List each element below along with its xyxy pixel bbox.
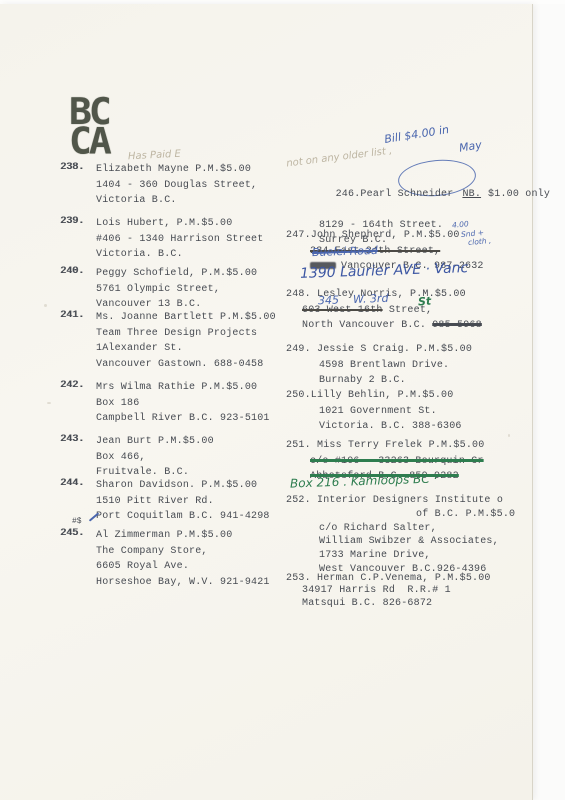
entry-line: 6605 Royal Ave. bbox=[96, 559, 270, 575]
entry-line: Al Zimmerman P.M.$5.00 bbox=[96, 528, 270, 544]
ink-note-norris-floor: St bbox=[418, 295, 432, 309]
entry-head: 250.Lilly Behlin, P.M.$5.00 bbox=[286, 388, 462, 404]
member-entry-238: 238. Elizabeth Mayne P.M.$5.00 1404 - 36… bbox=[60, 162, 257, 209]
ink-note-shepherd-1: 4.00 bbox=[452, 219, 469, 229]
entry-number: 240. bbox=[60, 266, 84, 277]
entry-number: 244. bbox=[60, 478, 84, 489]
entry-head: 253. Herman C.P.Venema, P.M.$5.00 bbox=[286, 573, 491, 585]
entry-line: Matsqui B.C. 826-6872 bbox=[302, 598, 491, 610]
entry-line: 1404 - 360 Douglas Street, bbox=[96, 178, 257, 194]
entry-number: 238. bbox=[60, 162, 84, 173]
pencil-note-has-paid: Has Paid E bbox=[128, 149, 181, 163]
entry-line: Victoria. B.C. 388-6306 bbox=[319, 419, 462, 435]
struck-phone: 985-5968 bbox=[432, 320, 482, 331]
entry-line: Campbell River B.C. 923-5101 bbox=[96, 411, 270, 427]
entry-line: The Company Store, bbox=[96, 544, 270, 560]
entry-line: Team Three Design Projects bbox=[96, 326, 276, 342]
overtype-mark: #$ bbox=[72, 517, 82, 526]
entry-head: 251. Miss Terry Frelek P.M.$5.00 bbox=[286, 438, 484, 454]
entry-number: 239. bbox=[60, 216, 84, 227]
entry-line: Ms. Joanne Bartlett P.M.$5.00 bbox=[96, 310, 276, 326]
entry-line: 4598 Brentlawn Drive. bbox=[319, 358, 472, 374]
entry-line: Jean Burt P.M.$5.00 bbox=[96, 434, 214, 450]
scan-fleck bbox=[47, 402, 51, 404]
struck-address: c/o #106 - 33263 Bourquin Cr bbox=[310, 454, 484, 470]
entry-line: Elizabeth Mayne P.M.$5.00 bbox=[96, 162, 257, 178]
entry-line: Box 186 bbox=[96, 396, 270, 412]
entry-head: 246.Pearl SchneiderNB.$1.00 only bbox=[286, 171, 550, 218]
entry-line: Horseshoe Bay, W.V. 921-9421 bbox=[96, 575, 270, 591]
ink-note-bill-line1: Bill $4.00 in bbox=[383, 123, 449, 146]
member-entry-239: 239. Lois Hubert, P.M.$5.00 #406 - 1340 … bbox=[60, 216, 263, 263]
ink-note-bill-line2: May bbox=[458, 138, 483, 154]
ink-note-norris-address: 345 W. 3rd bbox=[318, 292, 389, 307]
entry-line: 1Alexander St. bbox=[96, 341, 276, 357]
entry-line: Victoria. B.C. bbox=[96, 247, 263, 263]
scan-fleck bbox=[44, 304, 47, 307]
member-entry-250: 250.Lilly Behlin, P.M.$5.00 1021 Governm… bbox=[286, 388, 462, 435]
entry-line: 34917 Harris Rd R.R.# 1 bbox=[302, 585, 491, 597]
member-entry-242: 242. Mrs Wilma Rathie P.M.$5.00 Box 186 … bbox=[60, 380, 270, 427]
entry-line: Vancouver Gastown. 688-0458 bbox=[96, 357, 276, 373]
ink-note-struck-buelei: Buelei Road bbox=[312, 244, 378, 259]
entry-line: William Swibzer & Associates, bbox=[319, 535, 515, 549]
entry-number: 242. bbox=[60, 380, 84, 391]
entry-line: Burnaby 2 B.C. bbox=[319, 373, 472, 389]
entry-line: Victoria B.C. bbox=[96, 193, 257, 209]
entry-head-2: of B.C. P.M.$5.0 bbox=[416, 508, 515, 522]
entry-line: 5761 Olympic Street, bbox=[96, 282, 257, 298]
entry-head: 249. Jessie S Craig. P.M.$5.00 bbox=[286, 342, 472, 358]
entry-line: Lois Hubert, P.M.$5.00 bbox=[96, 216, 263, 232]
entry-number: 245. bbox=[60, 528, 84, 539]
entry-city: North Vancouver B.C. bbox=[302, 320, 432, 331]
entry-line: Peggy Schofield, P.M.$5.00 bbox=[96, 266, 257, 282]
entry-line: Sharon Davidson. P.M.$5.00 bbox=[96, 478, 270, 494]
entry-line: #406 - 1340 Harrison Street bbox=[96, 232, 263, 248]
entry-line: Box 466, bbox=[96, 450, 214, 466]
entry-line: Mrs Wilma Rathie P.M.$5.00 bbox=[96, 380, 270, 396]
pencil-note-older-list: not on any older list , bbox=[286, 146, 393, 170]
scanned-page: BC CA Has Paid E Bill $4.00 in May not o… bbox=[0, 0, 565, 800]
entry-line: c/o Richard Salter, bbox=[319, 522, 515, 536]
member-entry-253: 253. Herman C.P.Venema, P.M.$5.00 34917 … bbox=[286, 573, 491, 610]
logo-line-2: CA bbox=[69, 127, 109, 156]
entry-line: North Vancouver B.C. 985-5968 bbox=[302, 318, 482, 334]
entry-head: 252. Interior Designers Institute o bbox=[286, 494, 515, 508]
entry-line: 1733 Marine Drive, bbox=[319, 549, 515, 563]
entry-line: 1510 Pitt River Rd. bbox=[96, 494, 270, 510]
entry-number: 243. bbox=[60, 434, 84, 445]
member-entry-240: 240. Peggy Schofield, P.M.$5.00 5761 Oly… bbox=[60, 266, 257, 313]
entry-name: 246.Pearl Schneider bbox=[336, 189, 454, 200]
entry-head: 247.John Shepherd, P.M.$5.00 bbox=[286, 228, 484, 244]
entry-number: 241. bbox=[60, 310, 84, 321]
member-entry-252: 252. Interior Designers Institute o of B… bbox=[286, 494, 515, 577]
member-entry-249: 249. Jessie S Craig. P.M.$5.00 4598 Bren… bbox=[286, 342, 472, 389]
amount-note: $1.00 only bbox=[488, 189, 550, 200]
bcca-logo: BC CA bbox=[69, 98, 109, 157]
paper-sheet: BC CA Has Paid E Bill $4.00 in May not o… bbox=[0, 4, 533, 800]
entry-line: 1021 Government St. bbox=[319, 404, 462, 420]
member-entry-243: 243. Jean Burt P.M.$5.00 Box 466, Fruitv… bbox=[60, 434, 214, 481]
nb-note: NB. bbox=[462, 189, 481, 200]
scan-fleck bbox=[508, 434, 510, 437]
entry-line: Port Coquitlam B.C. 941-4298 bbox=[96, 509, 270, 525]
member-entry-241: 241. Ms. Joanne Bartlett P.M.$5.00 Team … bbox=[60, 310, 276, 372]
member-entry-245: 245. Al Zimmerman P.M.$5.00 The Company … bbox=[60, 528, 270, 590]
